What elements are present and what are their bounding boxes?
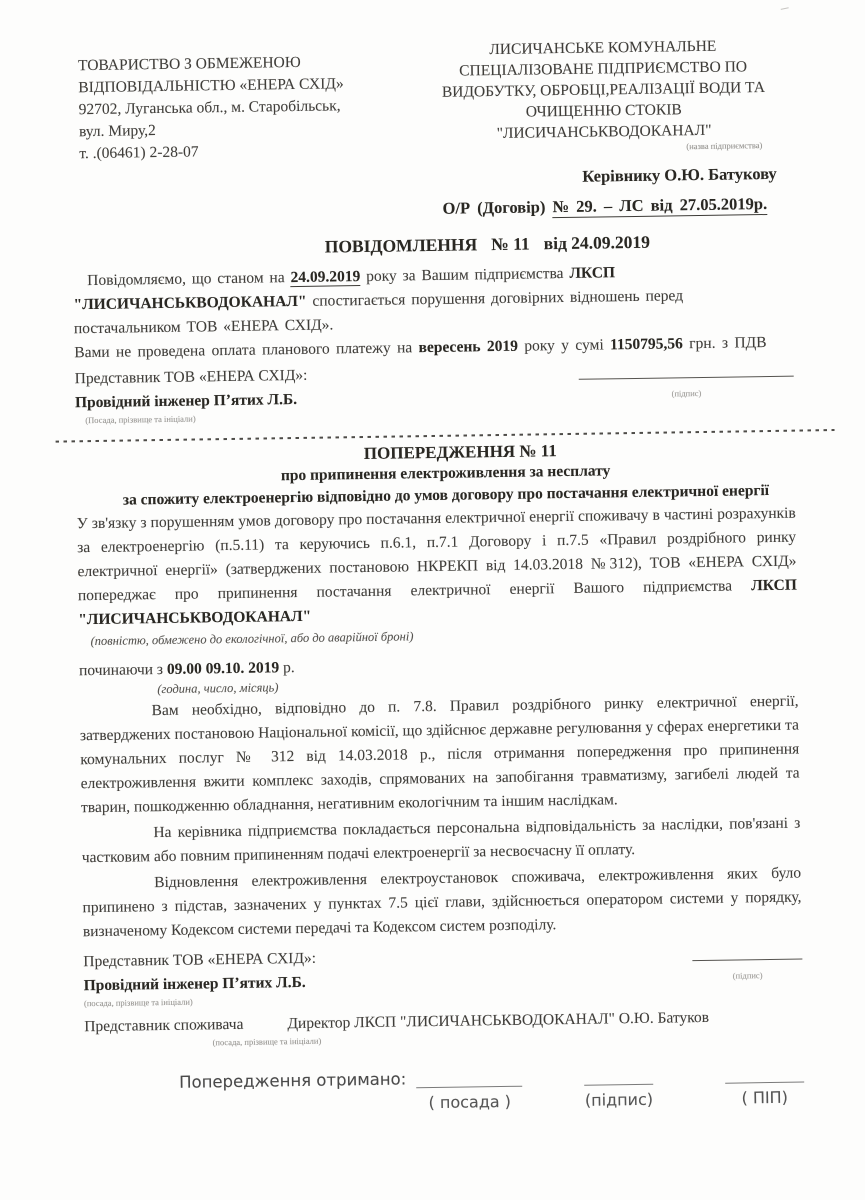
contract-number: № 29. – ЛС від 27.05.2019р. xyxy=(552,194,767,218)
supplier-signature-block: Представник ТОВ «ЕНЕРА СХІД»: Провідний … xyxy=(75,357,795,427)
receipt-field-label: (підпис) xyxy=(585,1088,653,1113)
debt-month: вересень 2019 xyxy=(418,338,518,356)
notification-text: Повідомляємо, що станом на xyxy=(87,269,291,289)
responsibility-paragraph: На керівника підприємства покладається п… xyxy=(81,811,801,870)
receipt-field-position: ( посада ) xyxy=(416,1068,523,1115)
due-date: 24.09.2019 xyxy=(290,268,360,287)
signature-area: (підпис) xyxy=(692,958,802,988)
sender-block: ТОВАРИСТВО З ОБМЕЖЕНОЮ ВІДПОВІДАЛЬНІСТЮ … xyxy=(78,51,360,194)
notification-title-word: ПОВІДОМЛЕННЯ xyxy=(325,234,478,256)
sender-phone: т. .(06461) 2-28-07 xyxy=(79,139,359,165)
recipient-block: ЛИСИЧАНСЬКЕ КОМУНАЛЬНЕ СПЕЦІАЛІЗОВАНЕ ПІ… xyxy=(407,35,801,190)
signature-note: (Посада, прізвище та ініціали) xyxy=(85,412,308,426)
fill-in-line xyxy=(416,1085,522,1088)
notification-number: № 11 xyxy=(491,234,530,255)
contract-reference: О/Р (Договір) № 29. – ЛС від 27.05.2019р… xyxy=(0,193,859,226)
supplier-rep: Представник ТОВ «ЕНЕРА СХІД»: Провідний … xyxy=(83,946,317,1008)
warning-body: У зв'язку з порушенням умов договору про… xyxy=(0,500,865,1121)
contract-prefix: О/Р (Договір) xyxy=(442,197,552,218)
supplier-rep-label: Представник ТОВ «ЕНЕРА СХІД»: xyxy=(75,364,308,391)
scanned-document-page: ТОВАРИСТВО З ОБМЕЖЕНОЮ ВІДПОВІДАЛЬНІСТЮ … xyxy=(0,0,865,1200)
document-sheet: ТОВАРИСТВО З ОБМЕЖЕНОЮ ВІДПОВІДАЛЬНІСТЮ … xyxy=(0,0,865,1200)
sign-here-note: (підпис) xyxy=(692,962,802,988)
receipt-field-label: ( посада ) xyxy=(416,1090,523,1116)
signature-area: (підпис) xyxy=(579,376,794,407)
warning-text: У зв'язку з порушенням умов договору про… xyxy=(77,504,797,604)
disconnect-datetime: 09.00 09.10. 2019 xyxy=(167,659,280,678)
sign-here-note: (підпис) xyxy=(579,380,794,407)
receipt-row: Попередження отримано: ( посада ) (підпи… xyxy=(179,1061,805,1119)
obligation-paragraph: Вам необхідно, відповідно до п. 7.8. Пра… xyxy=(79,689,800,820)
debt-amount: 1150795,56 xyxy=(610,335,683,353)
restoration-paragraph: Відновлення електроживлення електроустан… xyxy=(82,861,802,944)
supplier-signature-block-2: Представник ТОВ «ЕНЕРА СХІД»: Провідний … xyxy=(83,939,803,1009)
fill-in-line xyxy=(585,1083,653,1086)
supplier-rep: Представник ТОВ «ЕНЕРА СХІД»: Провідний … xyxy=(75,364,309,426)
receipt-field-name: ( ПІП) xyxy=(725,1064,805,1111)
notification-date: від 24.09.2019 xyxy=(544,232,651,254)
fill-in-line xyxy=(725,1081,804,1084)
receipt-field-signature: (підпис) xyxy=(584,1066,653,1113)
consumer-rep-label: Представник споживача xyxy=(84,1012,243,1038)
letterhead: ТОВАРИСТВО З ОБМЕЖЕНОЮ ВІДПОВІДАЛЬНІСТЮ … xyxy=(0,34,859,196)
supplier-rep-label: Представник ТОВ «ЕНЕРА СХІД»: xyxy=(83,946,316,973)
notification-paragraph: Повідомляємо, що станом на 24.09.2019 ро… xyxy=(73,259,736,341)
receipt-label: Попередження отримано: xyxy=(179,1067,407,1119)
debt-text: Вами не проведена оплата планового плате… xyxy=(74,339,419,361)
attention-line: Керівнику О.Ю. Батукову xyxy=(409,162,801,189)
signature-line xyxy=(692,958,802,961)
start-text: р. xyxy=(279,659,295,676)
start-text: починаючи з xyxy=(79,661,167,679)
debt-text: грн. з ПДВ xyxy=(683,334,767,352)
sender-address-line: 92702, Луганська обл., м. Старобільськ, xyxy=(79,95,359,121)
supplier-rep-name: Провідний інженер П’ятих Л.Б. xyxy=(75,388,308,415)
notification-title: ПОВІДОМЛЕННЯ№ 11від 24.09.2019 xyxy=(0,229,860,263)
debt-text: року у сумі xyxy=(518,336,610,354)
supplier-rep-name: Провідний інженер П’ятих Л.Б. xyxy=(84,970,317,997)
warning-paragraph: У зв'язку з порушенням умов договору про… xyxy=(77,501,798,632)
notification-text: року за Вашим підприємства xyxy=(360,265,569,285)
receipt-field-label: ( ПІП) xyxy=(725,1086,805,1111)
document-body: Повідомляємо, що станом на 24.09.2019 ро… xyxy=(0,258,862,428)
